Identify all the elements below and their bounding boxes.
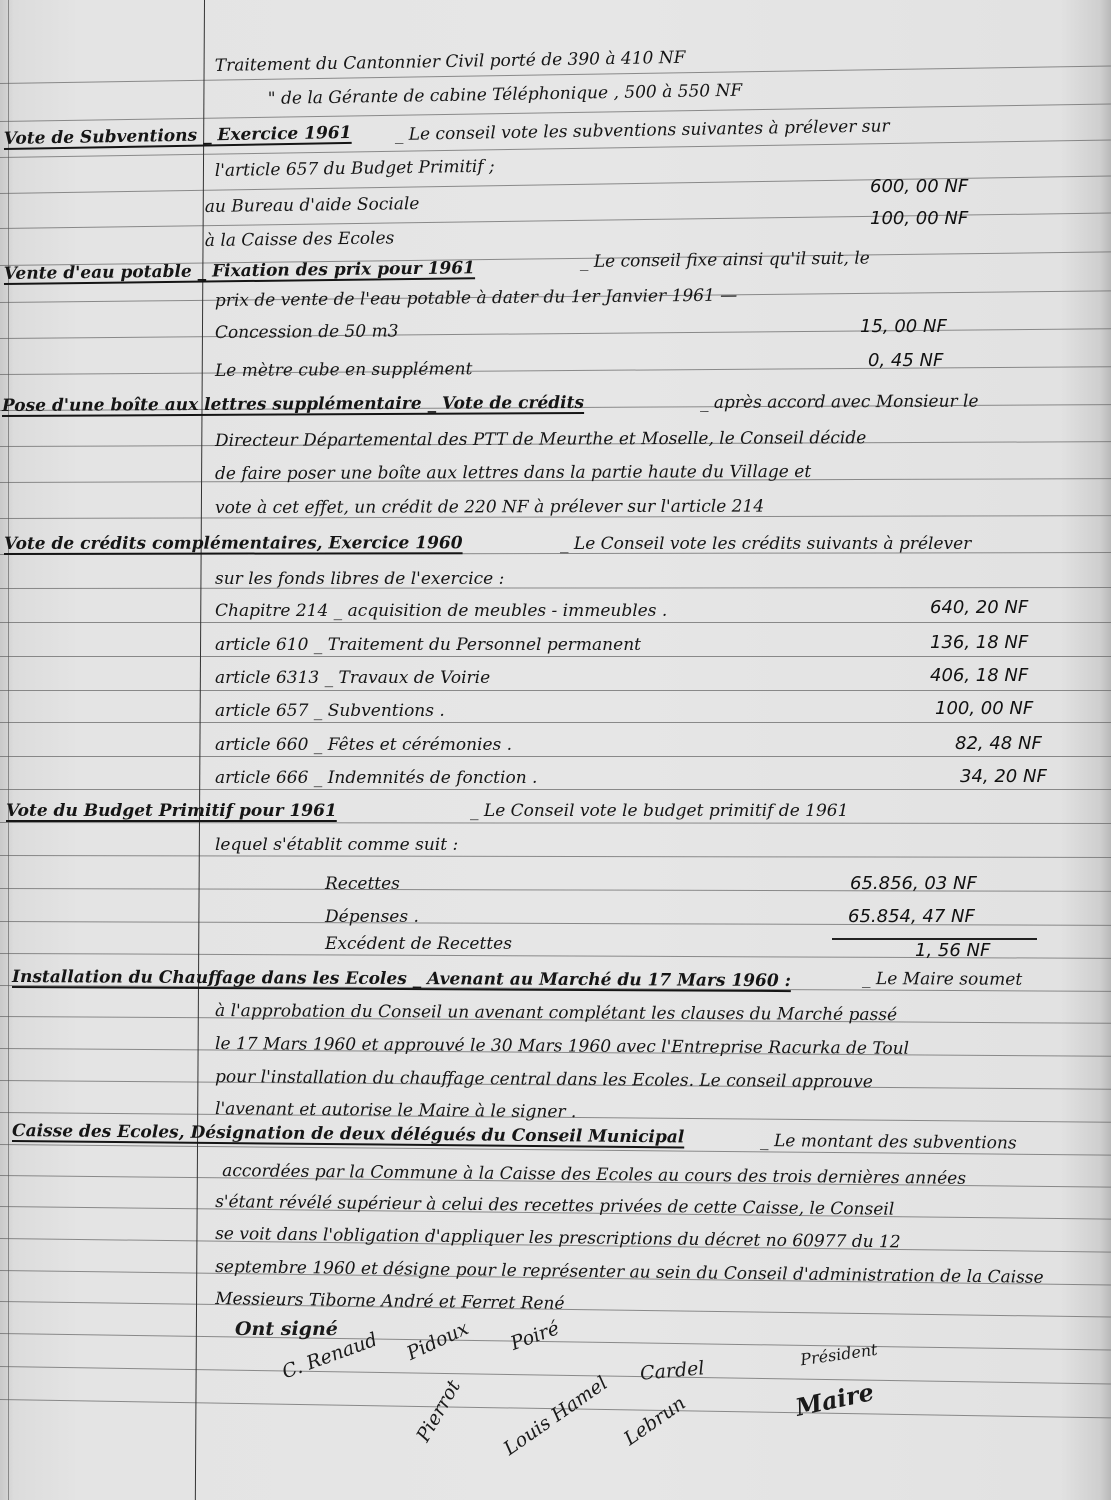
text-line: se voit dans l'obligation d'appliquer le… — [215, 1223, 901, 1253]
item-amount: 82, 48 NF — [955, 733, 1042, 755]
item-amount: 100, 00 NF — [935, 698, 1033, 720]
text-line: _ Le conseil fixe ainsi qu'il suit, le — [580, 247, 870, 273]
register-page: Traitement du Cantonnier Civil porté de … — [0, 0, 1111, 1500]
text-line: l'avenant et autorise le Maire à le sign… — [215, 1098, 576, 1123]
item-amount: 34, 20 NF — [960, 766, 1047, 788]
item-amount: 640, 20 NF — [930, 597, 1028, 619]
ruled-line — [0, 622, 1111, 623]
signature: Pierrot — [412, 1376, 465, 1445]
ruled-line — [0, 855, 1111, 858]
ruled-line — [0, 722, 1111, 723]
signature: Cardel — [639, 1357, 705, 1385]
ruled-line — [0, 656, 1111, 657]
item-label: Dépenses . — [325, 906, 419, 928]
text-line: vote à cet effet, un crédit de 220 NF à … — [215, 496, 764, 519]
entry-heading: Pose d'une boîte aux lettres supplémenta… — [2, 392, 584, 417]
item-label: Excédent de Recettes — [325, 933, 512, 955]
text-line: _ Le montant des subventions — [760, 1130, 1017, 1154]
text-line: s'étant révélé supérieur à celui des rec… — [215, 1191, 894, 1221]
text-line: _ Le Conseil vote le budget primitif de … — [470, 800, 848, 822]
signature: Maire — [793, 1377, 876, 1422]
item-label: au Bureau d'aide Sociale — [205, 193, 420, 218]
text-line: l'article 657 du Budget Primitif ; — [215, 156, 495, 182]
signature: Pidoux — [403, 1317, 472, 1365]
item-amount: 0, 45 NF — [868, 350, 943, 372]
text-line: lequel s'établit comme suit : — [215, 834, 458, 856]
item-label: article 660 _ Fêtes et cérémonies . — [215, 734, 512, 756]
text-line: le 17 Mars 1960 et approuvé le 30 Mars 1… — [215, 1033, 909, 1060]
text-line: de faire poser une boîte aux lettres dan… — [215, 461, 811, 485]
entry-heading: Vote de crédits complémentaires, Exercic… — [4, 532, 463, 555]
item-amount: 100, 00 NF — [870, 208, 968, 230]
text-line: Messieurs Tiborne André et Ferret René — [215, 1288, 565, 1315]
ruled-line — [0, 690, 1111, 691]
ruled-line — [0, 104, 1111, 122]
entry-heading: Vente d'eau potable _ Fixation des prix … — [4, 257, 475, 285]
text-line: " de la Gérante de cabine Téléphonique ,… — [268, 80, 743, 110]
item-label: article 666 _ Indemnités de fonction . — [215, 767, 537, 789]
page-edge-line — [8, 0, 9, 1500]
item-label: article 6313 _ Travaux de Voirie — [215, 667, 490, 689]
ruled-line — [0, 756, 1111, 757]
text-line: septembre 1960 et désigne pour le représ… — [215, 1256, 1044, 1289]
signature: Lebrun — [620, 1392, 690, 1450]
signature: Poiré — [508, 1317, 562, 1355]
item-amount: 65.854, 47 NF — [848, 906, 975, 928]
ruled-line — [0, 1366, 1111, 1384]
item-label: Le mètre cube en supplément — [215, 358, 473, 382]
item-amount: 406, 18 NF — [930, 665, 1028, 687]
text-line: _ après accord avec Monsieur le — [700, 391, 979, 414]
signature: Louis Hamel — [500, 1372, 612, 1460]
entry-heading: Installation du Chauffage dans les Ecole… — [12, 966, 791, 992]
item-label: Concession de 50 m3 — [215, 320, 399, 344]
ruled-line — [0, 789, 1111, 790]
text-line: Directeur Départemental des PTT de Meurt… — [215, 427, 866, 452]
item-label: article 657 _ Subventions . — [215, 700, 445, 722]
ruled-line — [0, 366, 1111, 375]
item-label: à la Caisse des Ecoles — [205, 227, 395, 252]
item-amount: 65.856, 03 NF — [850, 873, 977, 895]
item-amount: 15, 00 NF — [860, 316, 947, 338]
ruled-line — [0, 822, 1111, 824]
text-line: pour l'installation du chauffage central… — [215, 1066, 873, 1093]
ruled-line — [0, 587, 1111, 589]
item-amount: 136, 18 NF — [930, 632, 1028, 654]
item-label: Chapitre 214 _ acquisition de meubles - … — [215, 600, 667, 622]
text-line: prix de vente de l'eau potable à dater d… — [215, 285, 738, 312]
text-line: accordées par la Commune à la Caisse des… — [222, 1160, 966, 1190]
item-amount: 600, 00 NF — [870, 176, 968, 198]
entry-heading: Vote de Subventions _ Exercice 1961 — [4, 122, 352, 150]
text-line: _ Le conseil vote les subventions suivan… — [395, 115, 890, 146]
text-line: à l'approbation du Conseil un avenant co… — [215, 1000, 897, 1026]
item-amount: 1, 56 NF — [915, 940, 990, 962]
item-label: Recettes — [325, 873, 400, 895]
item-label: article 610 _ Traitement du Personnel pe… — [215, 634, 641, 656]
text-line: sur les fonds libres de l'exercice : — [215, 568, 504, 590]
text-line: _ Le Maire soumet — [862, 968, 1022, 991]
signature-mention: Ont signé — [235, 1318, 338, 1340]
entry-heading: Vote du Budget Primitif pour 1961 — [6, 800, 337, 822]
text-line: _ Le Conseil vote les crédits suivants à… — [560, 533, 971, 555]
